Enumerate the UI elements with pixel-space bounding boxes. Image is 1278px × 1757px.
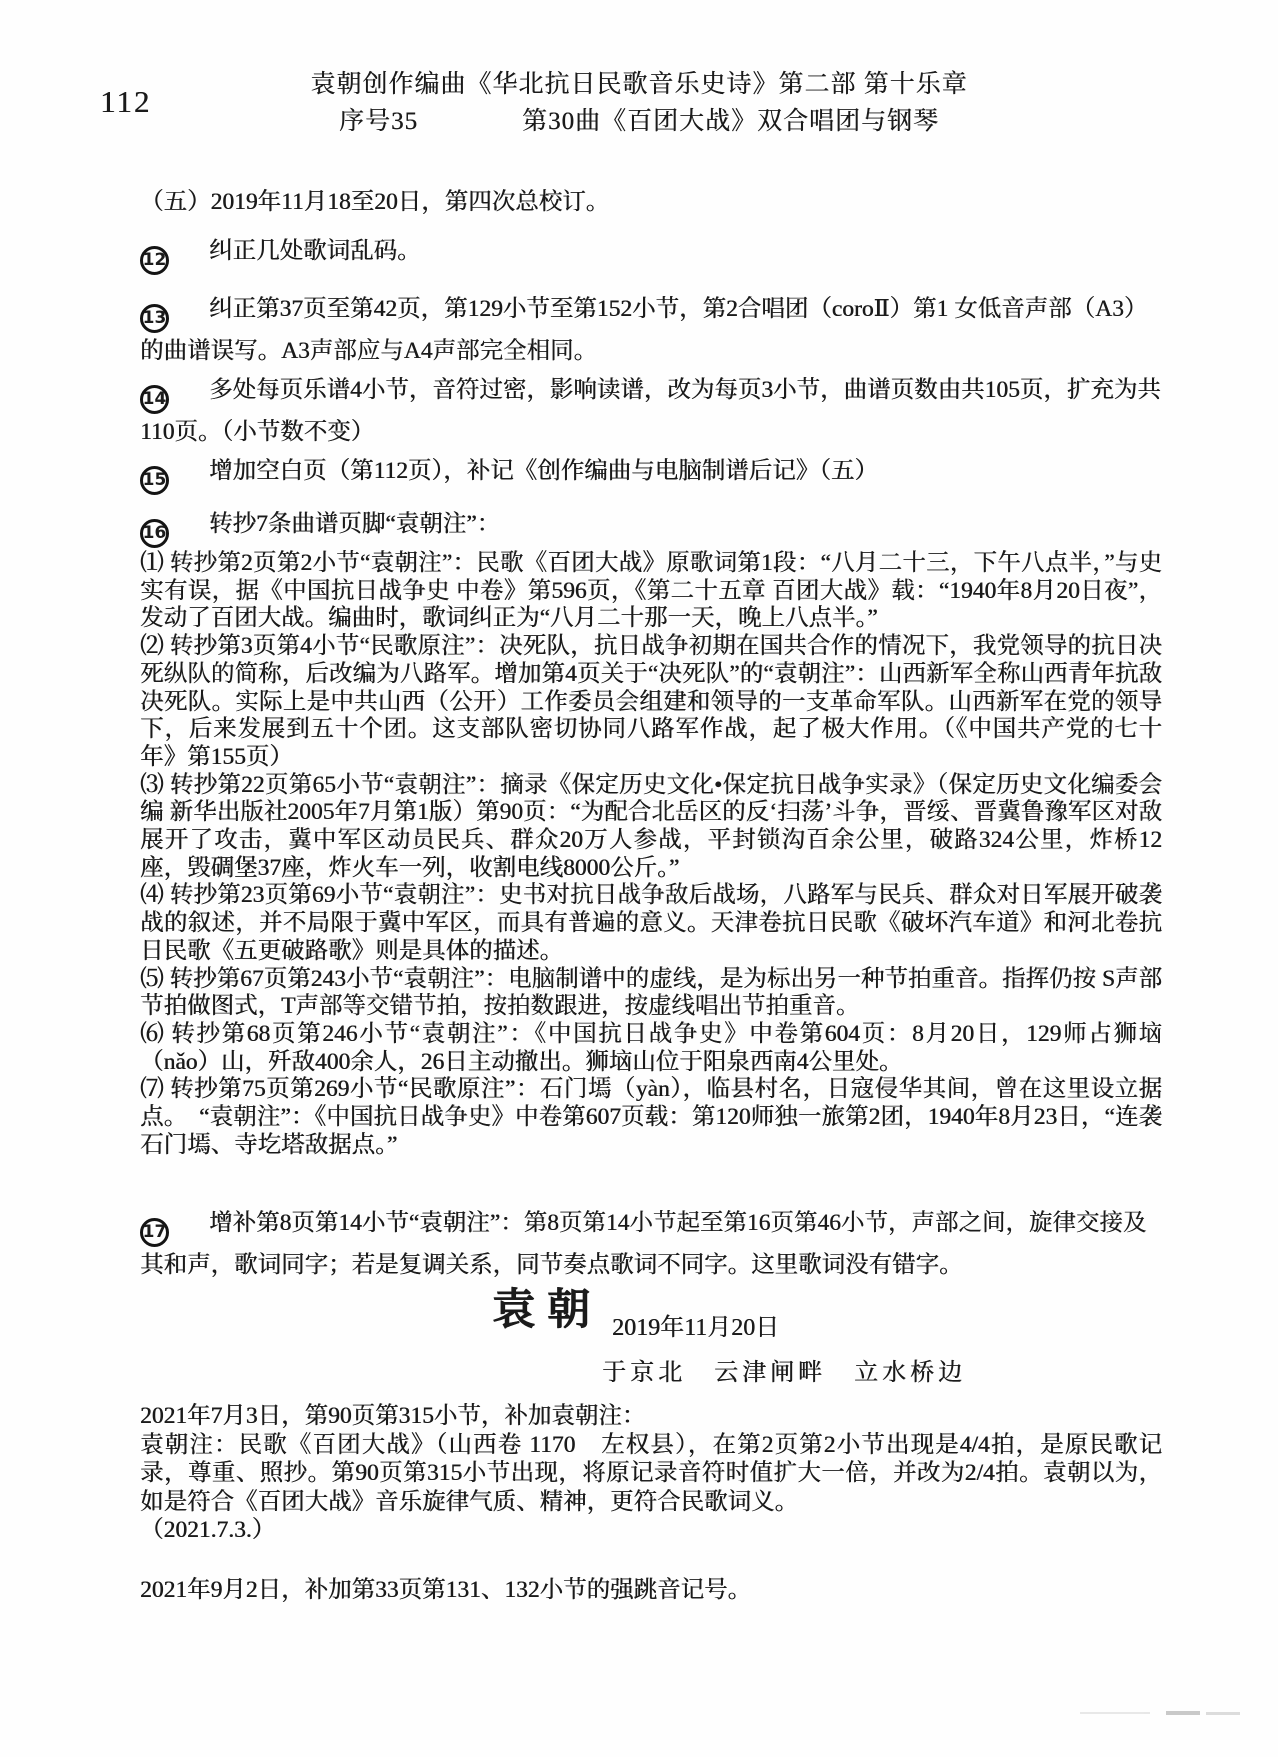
scan-smudge-mark: [1080, 1708, 1240, 1718]
addendum-2021-09: 2021年9月2日，补加第33页第131、132小节的强跳音记号。: [140, 1576, 1162, 1605]
item-14: 14多处每页乐谱4小节，音符过密，影响读谱，改为每页3小节，曲谱页数由共105页…: [140, 372, 1162, 450]
addendum-2021-07-body: 袁朝注：民歌《百团大战》（山西卷 1170 左权县），在第2页第2小节出现是4/…: [140, 1431, 1162, 1517]
item-16-wrap: 16转抄7条曲谱页脚“袁朝注”：: [140, 506, 1162, 548]
item-17: 17增补第8页第14小节“袁朝注”：第8页第14小节起至第16页第46小节，声部…: [140, 1205, 1162, 1283]
footnote-6-number: ⑹: [140, 1021, 165, 1047]
scanned-document-page: 112 袁朝创作编曲《华北抗日民歌音乐史诗》第二部 第十乐章 序号35 第30曲…: [0, 0, 1278, 1757]
item-15: 15增加空白页（第112页），补记《创作编曲与电脑制谱后记》（五）: [140, 453, 1162, 495]
addendum-2021-07-paren-date: （2021.7.3.）: [140, 1516, 1162, 1545]
circled-number-16: 16: [140, 519, 169, 548]
footnote-2-text: 转抄第3页第4小节“民歌原注”：决死队，抗日战争初期在国共合作的情况下，我党领导…: [140, 633, 1162, 770]
item-13-text: 纠正第37页至第42页，第129小节至第152小节，第2合唱团（coroⅡ）第1…: [140, 296, 1147, 364]
item-15-wrap: 15增加空白页（第112页），补记《创作编曲与电脑制谱后记》（五）: [140, 453, 1162, 495]
addendum-2021-07: 2021年7月3日，第90页第315小节，补加袁朝注： 袁朝注：民歌《百团大战》…: [140, 1402, 1162, 1545]
footnote-3: ⑶转抄第22页第65小节“袁朝注”：摘录《保定历史文化•保定抗日战争实录》（保定…: [140, 772, 1162, 883]
addendum-2021-07-date-line: 2021年7月3日，第90页第315小节，补加袁朝注：: [140, 1402, 1162, 1431]
signature-date: 2019年11月20日: [612, 1307, 779, 1342]
footnote-5-number: ⑸: [140, 966, 164, 992]
footnote-2: ⑵转抄第3页第4小节“民歌原注”：决死队，抗日战争初期在国共合作的情况下，我党领…: [140, 633, 1162, 772]
footnote-3-text: 转抄第22页第65小节“袁朝注”：摘录《保定历史文化•保定抗日战争实录》（保定历…: [140, 772, 1162, 881]
circled-number-14: 14: [140, 385, 169, 414]
footnote-4-number: ⑷: [140, 882, 164, 908]
item-12: 12纠正几处歌词乱码。: [140, 233, 1162, 275]
item-14-text: 多处每页乐谱4小节，音符过密，影响读谱，改为每页3小节，曲谱页数由共105页，扩…: [140, 377, 1161, 445]
footnote-7-text: 转抄第75页第269小节“民歌原注”：石门墕（yàn），临县村名，日寇侵华其间，…: [140, 1076, 1162, 1157]
footnote-list: ⑴转抄第2页第2小节“袁朝注”：民歌《百团大战》原歌词第1段：“八月二十三，下午…: [140, 550, 1162, 1159]
signature-place: 于京北 云津闸畔 立水桥边: [602, 1352, 966, 1387]
item-17-wrap: 17增补第8页第14小节“袁朝注”：第8页第14小节起至第16页第46小节，声部…: [140, 1205, 1162, 1283]
header-title-line1: 袁朝创作编曲《华北抗日民歌音乐史诗》第二部 第十乐章: [0, 66, 1278, 103]
item-13: 13纠正第37页至第42页，第129小节至第152小节，第2合唱团（coroⅡ）…: [140, 291, 1162, 369]
footnote-3-number: ⑶: [140, 772, 164, 798]
footnote-1-text: 转抄第2页第2小节“袁朝注”：民歌《百团大战》原歌词第1段：“八月二十三，下午八…: [140, 550, 1162, 631]
item-14-wrap: 14多处每页乐谱4小节，音符过密，影响读谱，改为每页3小节，曲谱页数由共105页…: [140, 372, 1162, 450]
circled-number-12: 12: [140, 246, 169, 275]
circled-number-15: 15: [140, 466, 169, 495]
circled-number-13: 13: [140, 304, 169, 333]
signature-name: 袁朝: [492, 1289, 602, 1332]
item-13-wrap: 13纠正第37页至第42页，第129小节至第152小节，第2合唱团（coroⅡ）…: [140, 291, 1162, 369]
footnote-1-number: ⑴: [140, 550, 164, 576]
intro-line-wrap: （五）2019年11月18至20日，第四次总校订。: [140, 188, 1162, 217]
item-16: 16转抄7条曲谱页脚“袁朝注”：: [140, 506, 1162, 548]
footnote-7-number: ⑺: [140, 1076, 164, 1102]
footnote-6: ⑹转抄第68页第246小节“袁朝注”：《中国抗日战争史》中卷第604页：8月20…: [140, 1021, 1162, 1076]
page-header: 袁朝创作编曲《华北抗日民歌音乐史诗》第二部 第十乐章 序号35 第30曲《百团大…: [0, 66, 1278, 140]
footnote-4: ⑷转抄第23页第69小节“袁朝注”：史书对抗日战争敌后战场，八路军与民兵、群众对…: [140, 882, 1162, 965]
item-12-text: 纠正几处歌词乱码。: [209, 238, 421, 264]
footnote-4-text: 转抄第23页第69小节“袁朝注”：史书对抗日战争敌后战场，八路军与民兵、群众对日…: [140, 882, 1162, 963]
item-17-text: 增补第8页第14小节“袁朝注”：第8页第14小节起至第16页第46小节，声部之间…: [140, 1210, 1146, 1278]
footnote-6-text: 转抄第68页第246小节“袁朝注”：《中国抗日战争史》中卷第604页：8月20日…: [140, 1021, 1162, 1075]
footnote-2-number: ⑵: [140, 633, 164, 659]
header-title-line2: 序号35 第30曲《百团大战》双合唱团与钢琴: [0, 103, 1278, 140]
footnote-5: ⑸转抄第67页第243小节“袁朝注”：电脑制谱中的虚线，是为标出另一种节拍重音。…: [140, 966, 1162, 1021]
footnote-7: ⑺转抄第75页第269小节“民歌原注”：石门墕（yàn），临县村名，日寇侵华其间…: [140, 1076, 1162, 1159]
item-16-text: 转抄7条曲谱页脚“袁朝注”：: [209, 511, 500, 537]
circled-number-17: 17: [140, 1218, 169, 1247]
footnote-5-text: 转抄第67页第243小节“袁朝注”：电脑制谱中的虚线，是为标出另一种节拍重音。指…: [140, 966, 1162, 1020]
intro-line: （五）2019年11月18至20日，第四次总校订。: [140, 188, 1162, 217]
footnote-1: ⑴转抄第2页第2小节“袁朝注”：民歌《百团大战》原歌词第1段：“八月二十三，下午…: [140, 550, 1162, 633]
item-12-wrap: 12纠正几处歌词乱码。: [140, 233, 1162, 275]
item-15-text: 增加空白页（第112页），补记《创作编曲与电脑制谱后记》（五）: [209, 458, 878, 484]
